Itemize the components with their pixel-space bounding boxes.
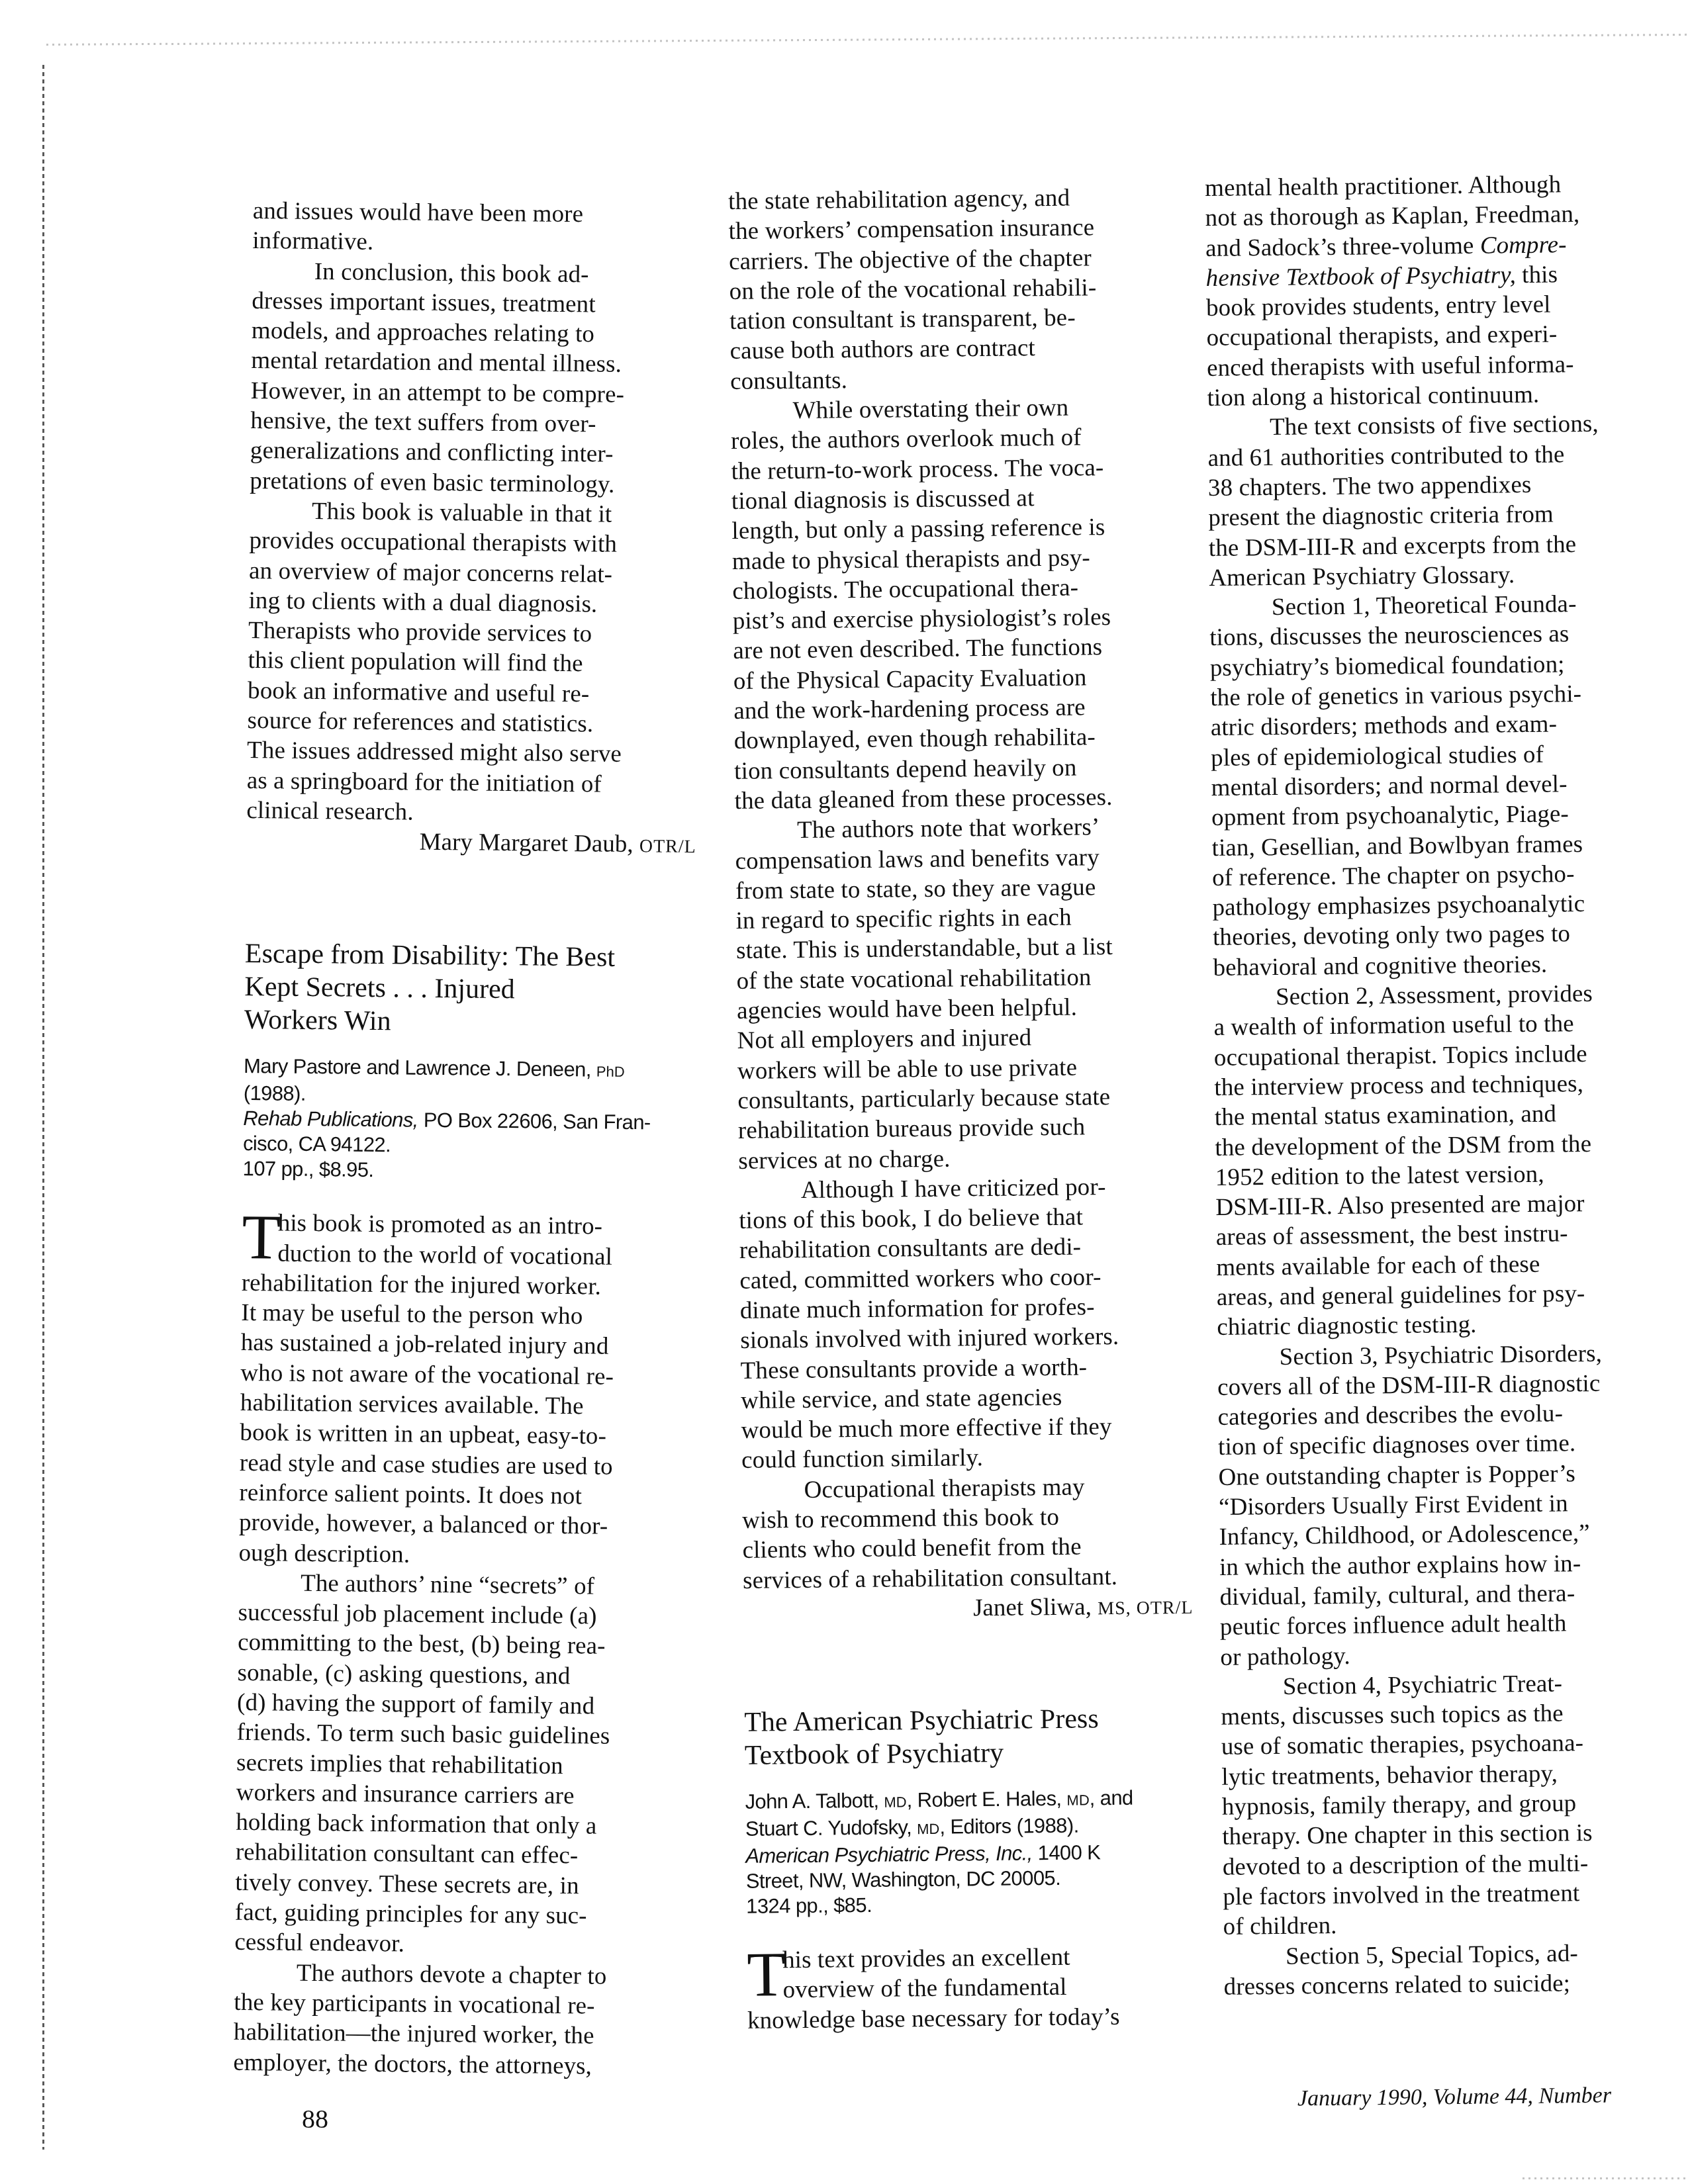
- paragraph-criticized: Although I have criticized por- tions of…: [739, 1171, 1192, 1476]
- column-right: mental health practitioner. Although not…: [1205, 169, 1674, 2002]
- paragraph-chapter: The authors devote a chapter to the key …: [233, 1958, 684, 2082]
- book-title-reference: Compre-: [1480, 231, 1567, 259]
- paragraph-intro: T his text provides an excellent overvie…: [747, 1941, 1197, 2036]
- paragraph-section-3: Section 3, Psychiatric Disorders, covers…: [1217, 1338, 1670, 1672]
- journal-issue-footer: January 1990, Volume 44, Number: [1297, 2083, 1611, 2112]
- paragraph-laws: The authors note that workers’ compensat…: [735, 811, 1189, 1176]
- paragraph-intro-continued: mental health practitioner. Although not…: [1205, 169, 1658, 413]
- drop-cap: T: [242, 1210, 281, 1264]
- review-title: The American Psychiatric Press Textbook …: [744, 1702, 1195, 1772]
- drop-cap: T: [747, 1948, 786, 2001]
- paragraph-section-4: Section 4, Psychiatric Treat- ments, dis…: [1221, 1668, 1673, 1942]
- book-citation: Mary Pastore and Lawrence J. Deneen, PhD…: [242, 1054, 694, 1186]
- paragraph-conclusion: In conclusion, this book ad- dresses imp…: [250, 256, 702, 500]
- reviewer-signature: Mary Margaret Daub, OTR/L: [246, 825, 696, 862]
- book-citation: John A. Talbott, MD, Robert E. Hales, MD…: [745, 1785, 1196, 1919]
- scan-edge-artifact: [46, 34, 1688, 46]
- paragraph-section-2: Section 2, Assessment, provides a wealth…: [1213, 978, 1667, 1343]
- paragraph-section-1: Section 1, Theoretical Founda- tions, di…: [1209, 588, 1664, 983]
- scan-edge-artifact: [1523, 2177, 1688, 2179]
- page-number: 88: [302, 2103, 328, 2134]
- column-left: and issues would have been more informat…: [233, 196, 703, 2082]
- paragraph-secrets: The authors’ nine “secrets” of successfu…: [234, 1568, 688, 1962]
- paragraph-intro: T his book is promoted as an intro- duct…: [238, 1208, 692, 1572]
- paragraph-valuable: This book is valuable in that it provide…: [246, 496, 700, 830]
- paragraph-continuation: and issues would have been more informat…: [252, 196, 703, 261]
- paragraph-overstating: While overstating their own roles, the a…: [730, 392, 1185, 816]
- book-title-reference: hensive Textbook of Psychiatry,: [1205, 261, 1516, 292]
- paragraph-section-5: Section 5, Special Topics, ad- dresses c…: [1223, 1937, 1674, 2002]
- paragraph-sections: The text consists of five sections, and …: [1207, 408, 1660, 593]
- column-middle: the state rehabilitation agency, and the…: [728, 182, 1197, 2036]
- scan-edge-artifact: [42, 65, 44, 2150]
- paragraph-chapter-continued: the state rehabilitation agency, and the…: [728, 182, 1180, 396]
- reviewer-signature: Janet Sliwa, MS, OTR/L: [743, 1591, 1193, 1628]
- paragraph-recommend: Occupational therapists may wish to reco…: [741, 1471, 1193, 1596]
- review-title: Escape from Disability: The Best Kept Se…: [244, 937, 696, 1041]
